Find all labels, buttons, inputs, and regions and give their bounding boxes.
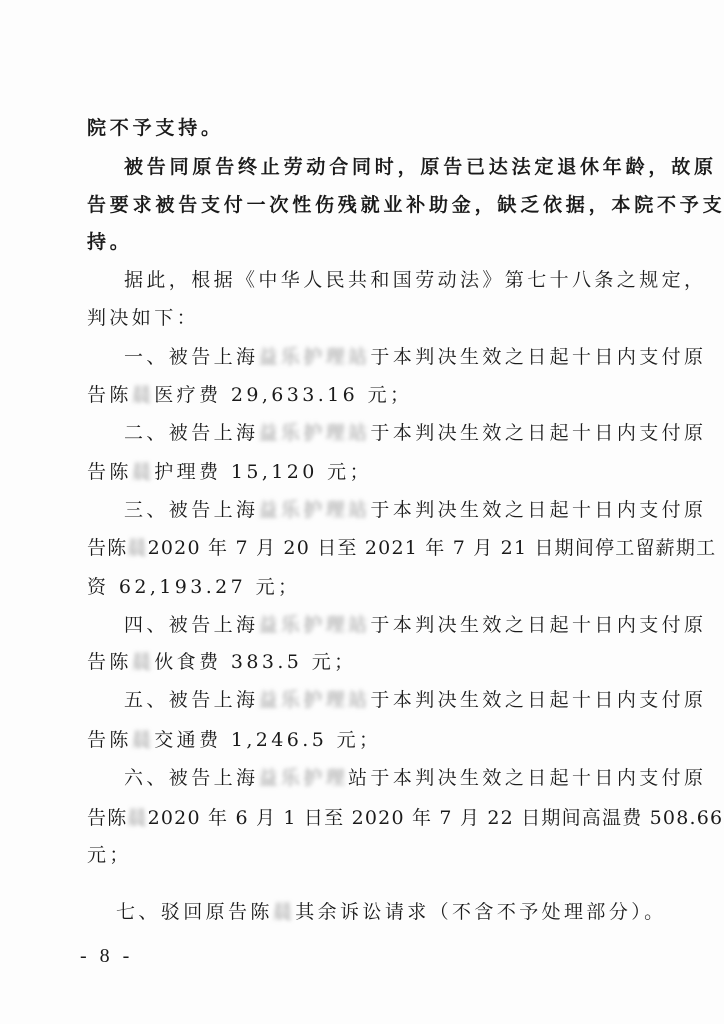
redacted-name: 晨: [127, 807, 147, 829]
judgment-amount: 交通费 1,246.5 元；: [154, 729, 381, 751]
judgment-text: 告陈: [87, 384, 132, 406]
judgment-text: 站于本判决生效之日起十日内支付原: [348, 767, 706, 789]
redacted-name: 益乐护理站: [258, 422, 370, 444]
paragraph-line: 被告同原告终止劳动合同时，原告已达法定退休年龄，故原: [124, 155, 684, 179]
redacted-name: 益乐护理站: [258, 499, 370, 521]
judgment-text: 于本判决生效之日起十日内支付原: [370, 614, 706, 636]
judgment-text: 五、被告上海: [124, 689, 258, 711]
judgment-text: 三、被告上海: [124, 499, 258, 521]
redacted-name: 晨: [132, 729, 154, 751]
judgment-text: 六、被告上海: [124, 767, 258, 789]
judgment-text: 其余诉讼请求（不含不予处理部分）。: [295, 901, 666, 923]
judgment-item-3-cont: 告陈晨2020 年 7 月 20 日至 2021 年 7 月 21 日期间停工留…: [87, 536, 647, 560]
redacted-name: 益乐护理站: [258, 614, 370, 636]
paragraph-line: 告要求被告支付一次性伤残就业补助金，缺乏依据，本院不予支: [87, 193, 647, 217]
judgment-item-1-cont: 告陈晨医疗费 29,633.16 元；: [87, 383, 647, 407]
judgment-item-3-cont2: 资 62,193.27 元；: [87, 575, 647, 599]
judgment-text: 二、被告上海: [124, 422, 258, 444]
judgment-period: 2020 年 7 月 20 日至 2021 年 7 月 21 日期间停工留薪期工: [148, 537, 717, 559]
redacted-name: 晨: [132, 651, 154, 673]
judgment-item-3: 三、被告上海益乐护理站于本判决生效之日起十日内支付原: [124, 498, 684, 522]
judgment-item-1: 一、被告上海益乐护理站于本判决生效之日起十日内支付原: [124, 345, 684, 369]
document-page: 院不予支持。 被告同原告终止劳动合同时，原告已达法定退休年龄，故原 告要求被告支…: [0, 0, 724, 1024]
judgment-text: 于本判决生效之日起十日内支付原: [370, 689, 706, 711]
judgment-item-2: 二、被告上海益乐护理站于本判决生效之日起十日内支付原: [124, 421, 684, 445]
redacted-name: 晨: [132, 384, 154, 406]
judgment-text: 于本判决生效之日起十日内支付原: [370, 346, 706, 368]
judgment-text: 于本判决生效之日起十日内支付原: [370, 499, 706, 521]
judgment-text: 于本判决生效之日起十日内支付原: [370, 422, 706, 444]
judgment-item-4-cont: 告陈晨伙食费 383.5 元；: [87, 650, 647, 674]
judgment-text: 告陈: [87, 807, 127, 829]
judgment-period: 2020 年 6 月 1 日至 2020 年 7 月 22 日期间高温费 508…: [148, 807, 724, 829]
judgment-amount: 医疗费 29,633.16 元；: [154, 384, 412, 406]
paragraph-line: 据此，根据《中华人民共和国劳动法》第七十八条之规定，: [124, 268, 684, 292]
judgment-item-5: 五、被告上海益乐护理站于本判决生效之日起十日内支付原: [124, 688, 684, 712]
paragraph-line: 持。: [87, 230, 647, 254]
redacted-name: 晨: [273, 901, 295, 923]
judgment-text: 告陈: [87, 461, 132, 483]
judgment-item-4: 四、被告上海益乐护理站于本判决生效之日起十日内支付原: [124, 613, 684, 637]
judgment-text: 七、驳回原告陈: [116, 901, 273, 923]
redacted-name: 晨: [132, 461, 154, 483]
judgment-text: 告陈: [87, 729, 132, 751]
paragraph-line: 判决如下：: [87, 306, 647, 330]
judgment-item-5-cont: 告陈晨交通费 1,246.5 元；: [87, 728, 647, 752]
judgment-text: 四、被告上海: [124, 614, 258, 636]
redacted-name: 益乐护理: [258, 767, 348, 789]
redacted-name: 益乐护理站: [258, 689, 370, 711]
judgment-text: 告陈: [87, 537, 127, 559]
redacted-name: 晨: [127, 537, 147, 559]
redacted-name: 益乐护理站: [258, 346, 370, 368]
paragraph-line: 院不予支持。: [87, 116, 647, 140]
judgment-item-7: 七、驳回原告陈晨其余诉讼请求（不含不予处理部分）。: [116, 900, 676, 924]
judgment-item-6-cont: 告陈晨2020 年 6 月 1 日至 2020 年 7 月 22 日期间高温费 …: [87, 806, 647, 830]
page-number: - 8 -: [80, 945, 133, 968]
judgment-item-6: 六、被告上海益乐护理站于本判决生效之日起十日内支付原: [124, 766, 684, 790]
judgment-text: 告陈: [87, 651, 132, 673]
judgment-item-2-cont: 告陈晨护理费 15,120 元；: [87, 460, 647, 484]
judgment-text: 一、被告上海: [124, 346, 258, 368]
judgment-amount: 护理费 15,120 元；: [154, 461, 372, 483]
judgment-item-6-cont2: 元；: [87, 843, 647, 867]
judgment-amount: 伙食费 383.5 元；: [154, 651, 356, 673]
